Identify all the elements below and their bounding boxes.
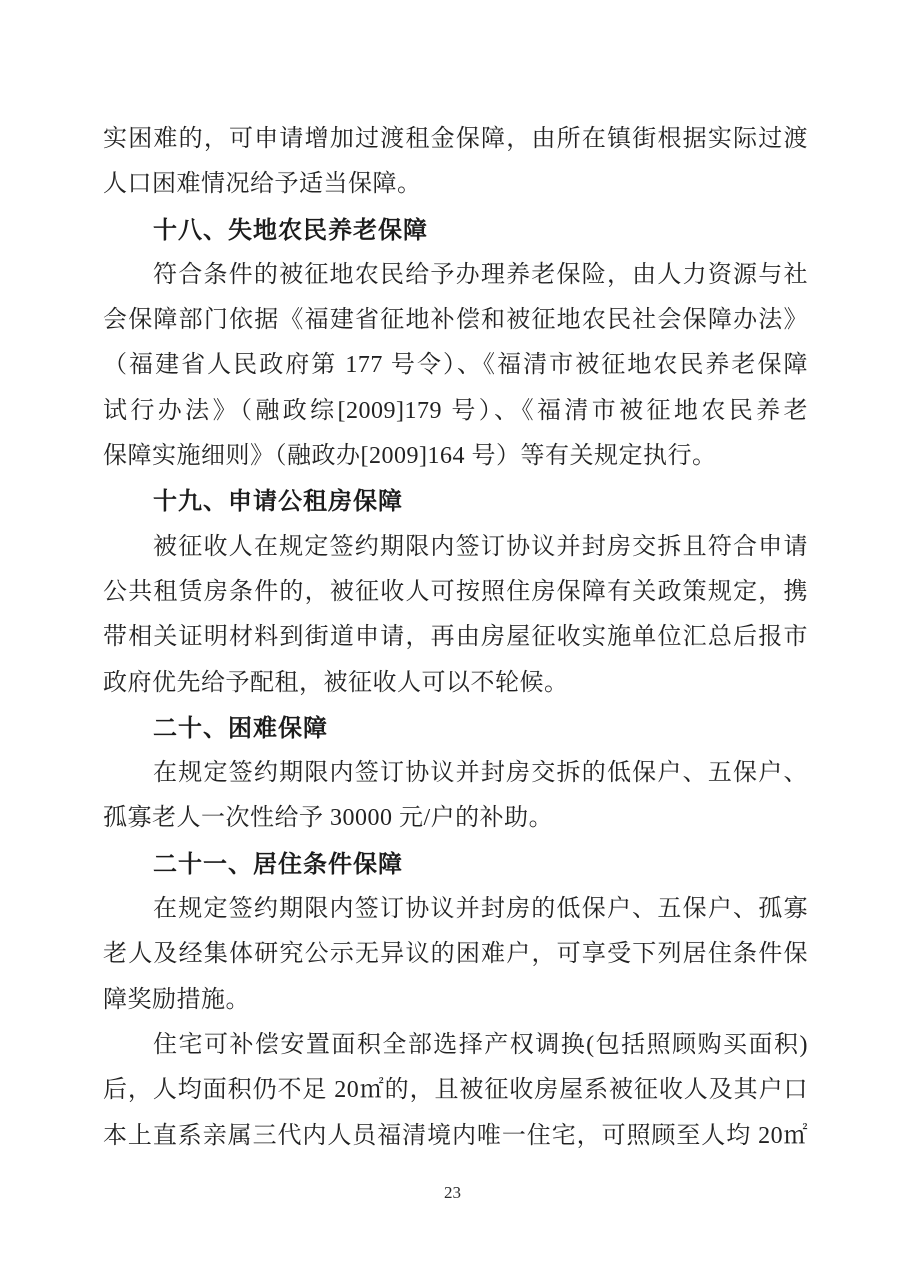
text-line: 公共租赁房条件的，被征收人可按照住房保障有关政策规定，携 [103,570,808,615]
text-line: 符合条件的被征地农民给予办理养老保险，由人力资源与社 [103,253,808,298]
page-footer: 23 [0,1183,905,1203]
text-line: 老人及经集体研究公示无异议的困难户，可享受下列居住条件保 [103,932,808,977]
text-line: 在规定签约期限内签订协议并封房的低保户、五保户、孤寡 [103,887,808,932]
text-line: 在规定签约期限内签订协议并封房交拆的低保户、五保户、 [103,751,808,796]
text-line: 孤寡老人一次性给予 30000 元/户的补助。 [103,796,808,841]
text-line: 人口困难情况给予适当保障。 [103,162,808,207]
text-line: 被征收人在规定签约期限内签订协议并封房交拆且符合申请 [103,525,808,570]
text-line: 障奖励措施。 [103,978,808,1023]
section-heading: 十九、申请公租房保障 [103,479,808,524]
text-line: 后，人均面积仍不足 20㎡的，且被征收房屋系被征收人及其户口 [103,1068,808,1113]
text-line: 会保障部门依据《福建省征地补偿和被征地农民社会保障办法》 [103,298,808,343]
text-line: （福建省人民政府第 177 号令）、《福清市被征地农民养老保障 [103,343,808,388]
text-line: 实困难的，可申请增加过渡租金保障，由所在镇街根据实际过渡 [103,117,808,162]
text-line: 带相关证明材料到街道申请，再由房屋征收实施单位汇总后报市 [103,615,808,660]
section-heading: 二十、困难保障 [103,706,808,751]
document-page: 实困难的，可申请增加过渡租金保障，由所在镇街根据实际过渡人口困难情况给予适当保障… [0,0,905,1280]
text-line: 保障实施细则》（融政办[2009]164 号）等有关规定执行。 [103,434,808,479]
text-line: 住宅可补偿安置面积全部选择产权调换(包括照顾购买面积) [103,1023,808,1068]
section-heading: 二十一、居住条件保障 [103,842,808,887]
section-heading: 十八、失地农民养老保障 [103,208,808,253]
text-line: 政府优先给予配租，被征收人可以不轮候。 [103,661,808,706]
text-line: 本上直系亲属三代内人员福清境内唯一住宅，可照顾至人均 20㎡ [103,1114,808,1159]
text-line: 试行办法》（融政综[2009]179 号）、《福清市被征地农民养老 [103,389,808,434]
document-text-block: 实困难的，可申请增加过渡租金保障，由所在镇街根据实际过渡人口困难情况给予适当保障… [103,117,808,1159]
page-number: 23 [444,1183,461,1202]
